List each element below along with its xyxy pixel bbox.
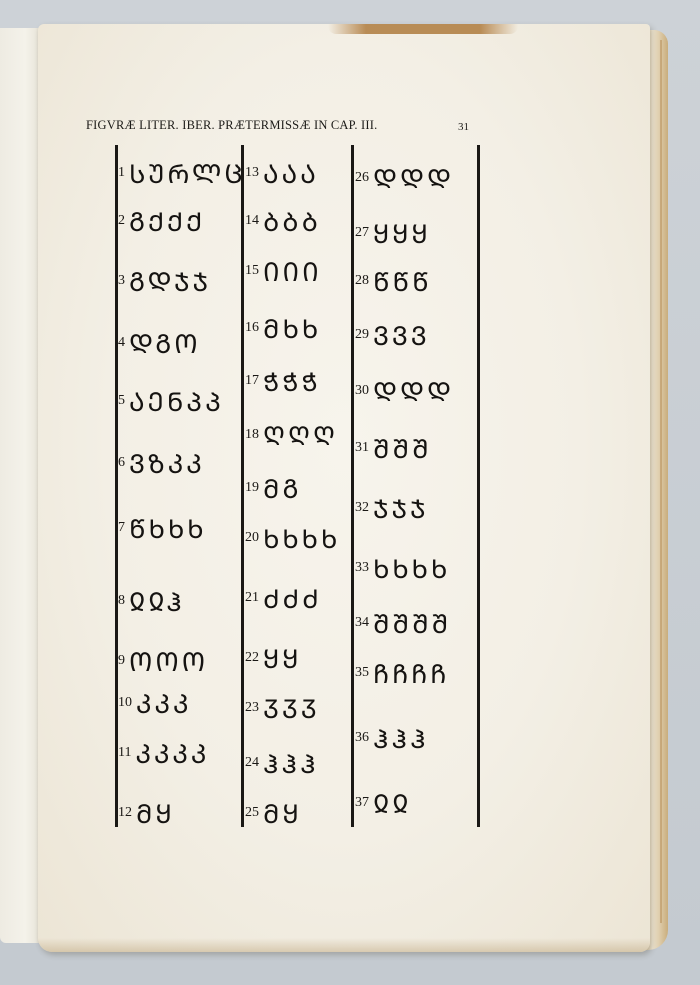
letter-entry: 34ᲨᲨᲨᲨ [355, 605, 451, 641]
letter-entry: 31ᲨᲨᲨ [355, 430, 432, 466]
letter-entry: 29ᲕᲕᲕ [355, 317, 430, 353]
letter-entry: 3ᲒᲓᲯᲯ [118, 263, 211, 299]
letter-glyph-variants: ᲫᲫᲫ [263, 580, 322, 616]
entry-number: 34 [355, 615, 369, 631]
entry-number: 22 [245, 650, 259, 666]
entry-number: 6 [118, 455, 125, 471]
entry-number: 23 [245, 700, 259, 716]
letter-glyph-variants: ᲡᲣᲠᲚᲪ [129, 155, 246, 191]
top-edge-stain [328, 24, 518, 34]
entry-number: 30 [355, 383, 369, 399]
entry-number: 35 [355, 665, 369, 681]
letter-glyph-variants: ᲙᲙᲙ [136, 685, 191, 721]
entry-number: 31 [355, 440, 369, 456]
letter-glyph-variants: ᲨᲨᲨ [373, 430, 432, 466]
letter-glyph-variants: ᲬᲬᲬ [373, 263, 432, 299]
letter-glyph-variants: ᲐᲐᲐ [263, 155, 319, 191]
letter-entry: 25ᲛᲧ [245, 795, 302, 831]
letter-entry: 13ᲐᲐᲐ [245, 155, 319, 191]
entry-number: 14 [245, 213, 259, 229]
letter-glyph-variants: ᲛᲧ [263, 795, 302, 831]
entry-number: 29 [355, 327, 369, 343]
letter-entry: 37ᲲᲲ [355, 785, 412, 821]
entry-number: 11 [118, 745, 131, 761]
letter-glyph-variants: ᲒᲥᲥᲥ [129, 203, 205, 239]
letter-entry: 21ᲫᲫᲫ [245, 580, 322, 616]
entry-number: 7 [118, 520, 125, 536]
letter-glyph-variants: ᲰᲰᲰ [263, 745, 319, 781]
letter-entry: 15ᲘᲘᲘ [245, 253, 322, 289]
letter-glyph-variants: ᲓᲓᲓ [373, 373, 454, 409]
entry-number: 2 [118, 213, 125, 229]
letter-glyph-variants: ᲳᲳᲳ [263, 690, 320, 726]
letter-entry: 32ᲯᲯᲯ [355, 490, 429, 526]
letter-glyph-variants: ᲬᲮᲮᲮ [129, 510, 207, 546]
letter-glyph-variants: ᲮᲮᲮᲮ [263, 520, 340, 556]
letter-entry: 26ᲓᲓᲓ [355, 160, 454, 196]
letter-entry: 11ᲙᲙᲙᲙ [118, 735, 209, 771]
letter-entry: 4ᲓᲒᲝ [118, 325, 201, 361]
letter-entry: 22ᲧᲧ [245, 640, 302, 676]
letter-entry: 18ᲦᲦᲦ [245, 417, 338, 453]
entry-number: 5 [118, 393, 125, 409]
entry-number: 32 [355, 500, 369, 516]
entry-number: 12 [118, 805, 132, 821]
entry-number: 10 [118, 695, 132, 711]
letter-glyph-variants: ᲩᲩᲩᲩ [373, 655, 449, 691]
letter-entry: 5ᲐᲔᲜᲞᲞ [118, 383, 224, 419]
letter-entry: 10ᲙᲙᲙ [118, 685, 191, 721]
letter-entry: 28ᲬᲬᲬ [355, 263, 432, 299]
letter-glyph-variants: ᲙᲙᲙᲙ [135, 735, 209, 771]
letter-glyph-variants: ᲝᲝᲝ [129, 643, 208, 679]
letter-entry: 30ᲓᲓᲓ [355, 373, 454, 409]
letter-glyph-variants: ᲲᲲ [373, 785, 412, 821]
table-column-1: 1ᲡᲣᲠᲚᲪ2ᲒᲥᲥᲥ3ᲒᲓᲯᲯ4ᲓᲒᲝ5ᲐᲔᲜᲞᲞ6ᲕᲖᲙᲙ7ᲬᲮᲮᲮ8ᲲᲲᲰ… [118, 145, 240, 827]
letter-glyph-variants: ᲧᲧ [263, 640, 302, 676]
letter-entry: 33ᲮᲮᲮᲮ [355, 550, 450, 586]
letter-entry: 23ᲳᲳᲳ [245, 690, 320, 726]
table-rule-divider-2 [351, 145, 354, 827]
entry-number: 9 [118, 653, 125, 669]
letter-entry: 27ᲧᲧᲧ [355, 215, 431, 251]
letter-entry: 16ᲛᲮᲮ [245, 310, 321, 346]
entry-number: 21 [245, 590, 259, 606]
running-head: FIGVRÆ LITER. IBER. PRÆTERMISSÆ IN CAP. … [86, 118, 506, 133]
letter-entry: 7ᲬᲮᲮᲮ [118, 510, 207, 546]
letter-entry: 12ᲛᲧ [118, 795, 175, 831]
entry-number: 16 [245, 320, 259, 336]
letter-entry: 6ᲕᲖᲙᲙ [118, 445, 205, 481]
entry-number: 8 [118, 593, 125, 609]
letter-glyph-variants: ᲓᲒᲝ [129, 325, 201, 361]
entry-number: 26 [355, 170, 369, 186]
letter-glyph-variants: ᲰᲰᲰ [373, 720, 429, 756]
table-column-2: 13ᲐᲐᲐ14ᲑᲑᲑ15ᲘᲘᲘ16ᲛᲮᲮ17ᲭᲭᲭ18ᲦᲦᲦ19ᲛᲒ20ᲮᲮᲮᲮ… [245, 145, 350, 827]
letter-glyph-variants: ᲲᲲᲰ [129, 583, 185, 619]
letter-glyph-variants: ᲧᲧᲧ [373, 215, 431, 251]
letter-entry: 1ᲡᲣᲠᲚᲪ [118, 155, 246, 191]
letter-glyph-variants: ᲐᲔᲜᲞᲞ [129, 383, 224, 419]
letter-glyph-variants: ᲯᲯᲯ [373, 490, 429, 526]
letter-entry: 24ᲰᲰᲰ [245, 745, 319, 781]
letter-glyph-variants: ᲘᲘᲘ [263, 253, 322, 289]
letter-entry: 20ᲮᲮᲮᲮ [245, 520, 340, 556]
letter-glyph-variants: ᲕᲖᲙᲙ [129, 445, 205, 481]
entry-number: 1 [118, 165, 125, 181]
letter-entry: 17ᲭᲭᲭ [245, 363, 321, 399]
entry-number: 37 [355, 795, 369, 811]
entry-number: 25 [245, 805, 259, 821]
letter-glyph-variants: ᲛᲮᲮ [263, 310, 321, 346]
letter-entry: 36ᲰᲰᲰ [355, 720, 429, 756]
letter-entry: 8ᲲᲲᲰ [118, 583, 185, 619]
entry-number: 24 [245, 755, 259, 771]
entry-number: 27 [355, 225, 369, 241]
entry-number: 3 [118, 273, 125, 289]
letter-glyph-variants: ᲨᲨᲨᲨ [373, 605, 451, 641]
entry-number: 4 [118, 335, 125, 351]
table-rule-divider-1 [241, 145, 244, 827]
letter-entry: 9ᲝᲝᲝ [118, 643, 208, 679]
letter-glyph-variants: ᲕᲕᲕ [373, 317, 430, 353]
page-number: 31 [458, 121, 469, 133]
bottom-deckle-edge [38, 938, 650, 952]
table-column-3: 26ᲓᲓᲓ27ᲧᲧᲧ28ᲬᲬᲬ29ᲕᲕᲕ30ᲓᲓᲓ31ᲨᲨᲨ32ᲯᲯᲯ33ᲮᲮᲮ… [355, 145, 475, 827]
letter-glyph-variants: ᲑᲑᲑ [263, 203, 321, 239]
table-rule-right [477, 145, 480, 827]
entry-number: 28 [355, 273, 369, 289]
letter-entry: 19ᲛᲒ [245, 470, 301, 506]
entry-number: 17 [245, 373, 259, 389]
letter-glyph-variants: ᲛᲒ [263, 470, 301, 506]
previous-page-edge [0, 28, 43, 943]
letter-entry: 35ᲩᲩᲩᲩ [355, 655, 449, 691]
letter-glyph-variants: ᲦᲦᲦ [263, 417, 338, 453]
entry-number: 15 [245, 263, 259, 279]
letter-entry: 2ᲒᲥᲥᲥ [118, 203, 205, 239]
entry-number: 18 [245, 427, 259, 443]
entry-number: 19 [245, 480, 259, 496]
letter-glyph-variants: ᲒᲓᲯᲯ [129, 263, 211, 299]
letter-entry: 14ᲑᲑᲑ [245, 203, 321, 239]
entry-number: 13 [245, 165, 259, 181]
letter-glyph-variants: ᲛᲧ [136, 795, 175, 831]
letter-figures-table: 1ᲡᲣᲠᲚᲪ2ᲒᲥᲥᲥ3ᲒᲓᲯᲯ4ᲓᲒᲝ5ᲐᲔᲜᲞᲞ6ᲕᲖᲙᲙ7ᲬᲮᲮᲮ8ᲲᲲᲰ… [115, 145, 480, 827]
entry-number: 36 [355, 730, 369, 746]
letter-glyph-variants: ᲭᲭᲭ [263, 363, 321, 399]
entry-number: 33 [355, 560, 369, 576]
entry-number: 20 [245, 530, 259, 546]
letter-glyph-variants: ᲓᲓᲓ [373, 160, 454, 196]
letter-glyph-variants: ᲮᲮᲮᲮ [373, 550, 450, 586]
